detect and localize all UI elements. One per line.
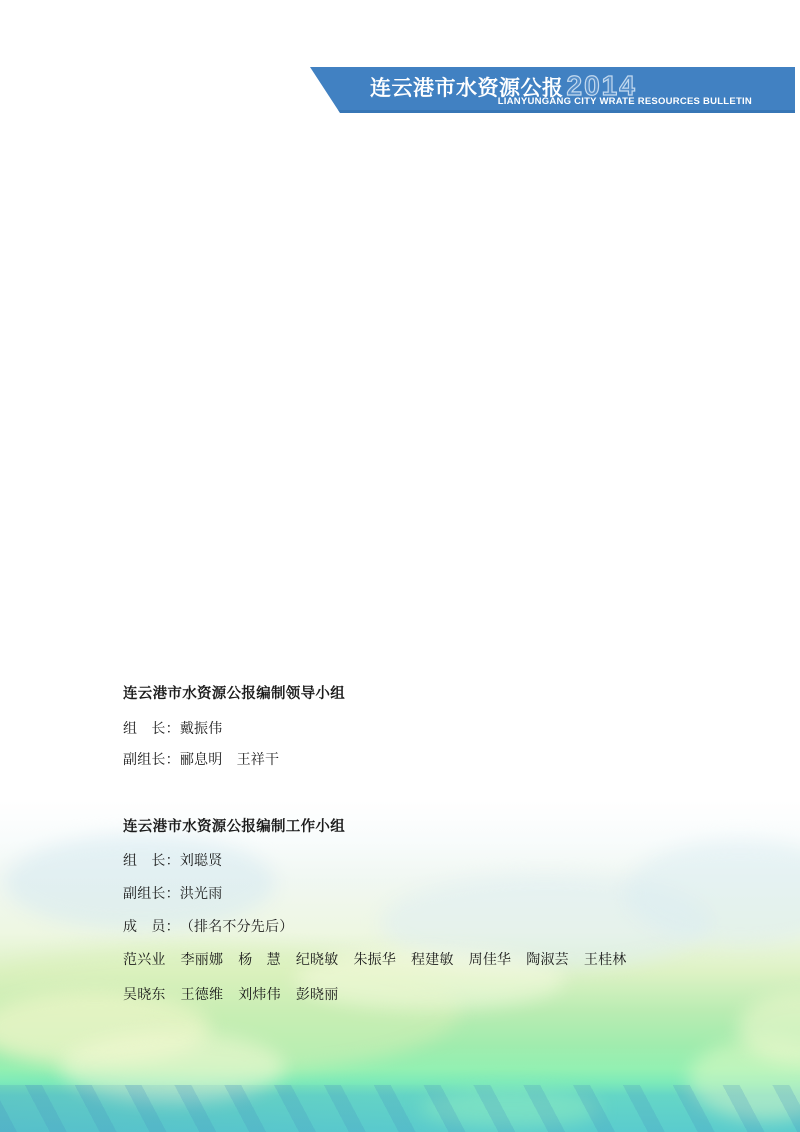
member-name: 吴晓东 [123,987,166,1001]
watercolor-gradient [0,800,800,1132]
role-value: 戴振伟 [180,721,223,735]
member-name: 范兴业 [123,952,166,966]
member-name: 周佳华 [469,952,512,966]
member-name: 程建敏 [411,952,454,966]
member-name: 朱振华 [353,952,396,966]
working-group-deputy-row: 副组长：洪光雨 [123,886,222,900]
member-name: 王桂林 [584,952,627,966]
watercolor-mint-blob [420,1088,600,1128]
watercolor-diagonal-streaks [0,1085,800,1132]
header-banner: 连云港市水资源公报 2014 LIANYUNGANG CITY WRATE RE… [310,67,795,113]
watercolor-blue-wisp [5,835,275,930]
members-list-line1: 范兴业 李丽娜 杨 慧 纪晓敏 朱振华 程建敏 周佳华 陶淑芸 王桂林 [123,952,626,966]
watercolor-background [0,800,800,1132]
role-value: 洪光雨 [180,886,223,900]
role-value: 刘聪贤 [180,853,223,867]
watercolor-cream-blob [0,992,210,1064]
role-label: 副组长： [123,752,180,766]
member-name: 陶淑芸 [526,952,569,966]
leading-group-deputy-row: 副组长：郦息明 王祥干 [123,752,279,766]
member-name: 纪晓敏 [296,952,339,966]
bulletin-page: 连云港市水资源公报 2014 LIANYUNGANG CITY WRATE RE… [0,0,800,1132]
member-name: 彭晓丽 [296,987,339,1001]
watercolor-cream-blob [738,992,800,1064]
leading-group-title: 连云港市水资源公报编制领导小组 [123,687,345,702]
role-value: 郦息明 王祥干 [180,752,279,766]
watercolor-cream-blob [60,1032,285,1102]
bulletin-subtitle-en: LIANYUNGANG CITY WRATE RESOURCES BULLETI… [498,96,752,107]
member-name: 李丽娜 [181,952,224,966]
watercolor-cream-blob [688,1038,800,1120]
role-label: 组 长： [123,853,180,867]
member-name: 王德维 [181,987,224,1001]
members-list-line2: 吴晓东 王德维 刘炜伟 彭晓丽 [123,987,338,1001]
working-group-title: 连云港市水资源公报编制工作小组 [123,820,345,835]
member-name: 杨 慧 [238,952,281,966]
leading-group-leader-row: 组 长：戴振伟 [123,721,222,735]
watercolor-blue-wisp [625,840,800,945]
role-label: 副组长： [123,886,180,900]
role-label: 成 员： [123,919,180,933]
working-group-leader-row: 组 长：刘聪贤 [123,853,222,867]
role-label: 组 长： [123,721,180,735]
role-value: （排名不分先后） [180,919,294,933]
working-group-members-row: 成 员：（排名不分先后） [123,919,293,933]
member-name: 刘炜伟 [238,987,281,1001]
